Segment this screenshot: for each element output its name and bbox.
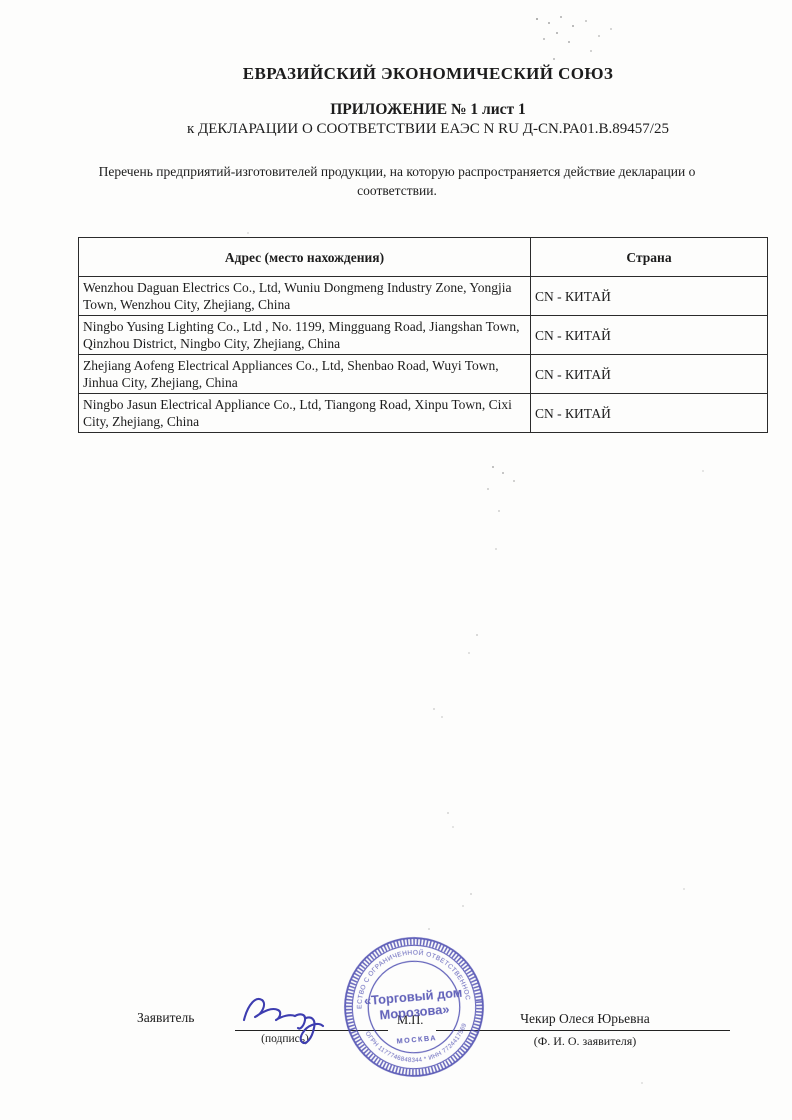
manufacturers-table: Адрес (место нахождения) Страна Wenzhou … (78, 237, 768, 433)
stamp-city: МОСКВА (396, 1033, 437, 1045)
manufacturer-country: CN - КИТАЙ (531, 394, 768, 433)
manufacturer-country: CN - КИТАЙ (531, 355, 768, 394)
manufacturer-country: CN - КИТАЙ (531, 316, 768, 355)
applicant-name: Чекир Олеся Юрьевна (480, 1011, 690, 1027)
scanned-declaration-page: ЕВРАЗИЙСКИЙ ЭКОНОМИЧЕСКИЙ СОЮЗ ПРИЛОЖЕНИ… (0, 0, 792, 1120)
name-caption: (Ф. И. О. заявителя) (480, 1034, 690, 1049)
union-title: ЕВРАЗИЙСКИЙ ЭКОНОМИЧЕСКИЙ СОЮЗ (64, 64, 792, 84)
country-column-header: Страна (531, 238, 768, 277)
manufacturer-address: Wenzhou Daguan Electrics Co., Ltd, Wuniu… (79, 277, 531, 316)
manufacturer-address: Ningbo Jasun Electrical Appliance Co., L… (79, 394, 531, 433)
stamp-icon: ОБЩЕСТВО С ОГРАНИЧЕННОЙ ОТВЕТСТВЕННОСТЬЮ… (336, 929, 492, 1085)
intro-paragraph: Перечень предприятий-изготовителей проду… (92, 163, 702, 200)
address-column-header: Адрес (место нахождения) (79, 238, 531, 277)
declaration-number-line: к ДЕКЛАРАЦИИ О СООТВЕТСТВИИ ЕАЭС N RU Д-… (64, 121, 792, 138)
table-row: Ningbo Jasun Electrical Appliance Co., L… (79, 394, 768, 433)
handwritten-signature (240, 990, 340, 1050)
manufacturer-address: Ningbo Yusing Lighting Co., Ltd , No. 11… (79, 316, 531, 355)
table-row: Zhejiang Aofeng Electrical Appliances Co… (79, 355, 768, 394)
table-header-row: Адрес (место нахождения) Страна (79, 238, 768, 277)
table-row: Wenzhou Daguan Electrics Co., Ltd, Wuniu… (79, 277, 768, 316)
applicant-label: Заявитель (137, 1010, 194, 1026)
scanner-noise (0, 0, 2, 2)
table-row: Ningbo Yusing Lighting Co., Ltd , No. 11… (79, 316, 768, 355)
manufacturer-address: Zhejiang Aofeng Electrical Appliances Co… (79, 355, 531, 394)
company-round-stamp: ОБЩЕСТВО С ОГРАНИЧЕННОЙ ОТВЕТСТВЕННОСТЬЮ… (336, 929, 492, 1085)
manufacturer-country: CN - КИТАЙ (531, 277, 768, 316)
signature-ink-icon (240, 990, 340, 1050)
appendix-title: ПРИЛОЖЕНИЕ № 1 лист 1 (64, 101, 792, 119)
